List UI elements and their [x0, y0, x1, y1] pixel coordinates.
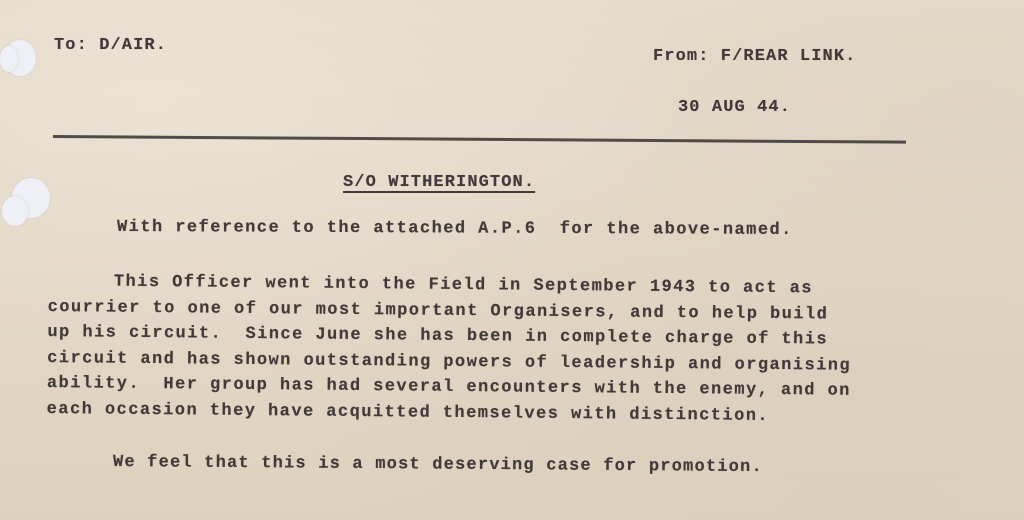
- paragraph-recommendation: We feel that this is a most deserving ca…: [113, 453, 763, 477]
- recipient-line: To: D/AIR.: [54, 36, 167, 55]
- paragraph-commendation: This Officer went into the Field in Sept…: [47, 272, 852, 433]
- punch-hole-bottom-edge: [2, 196, 28, 226]
- header-divider: [53, 135, 906, 144]
- memo-subject: S/O WITHERINGTON.: [343, 173, 535, 192]
- memo-page: To: D/AIR. From: F/REAR LINK. 30 AUG 44.…: [0, 0, 1024, 520]
- paragraph-reference: With reference to the attached A.P.6 for…: [117, 218, 793, 240]
- sender-line: From: F/REAR LINK.: [653, 47, 856, 66]
- punch-hole-top-edge: [0, 46, 18, 72]
- memo-date: 30 AUG 44.: [678, 98, 791, 117]
